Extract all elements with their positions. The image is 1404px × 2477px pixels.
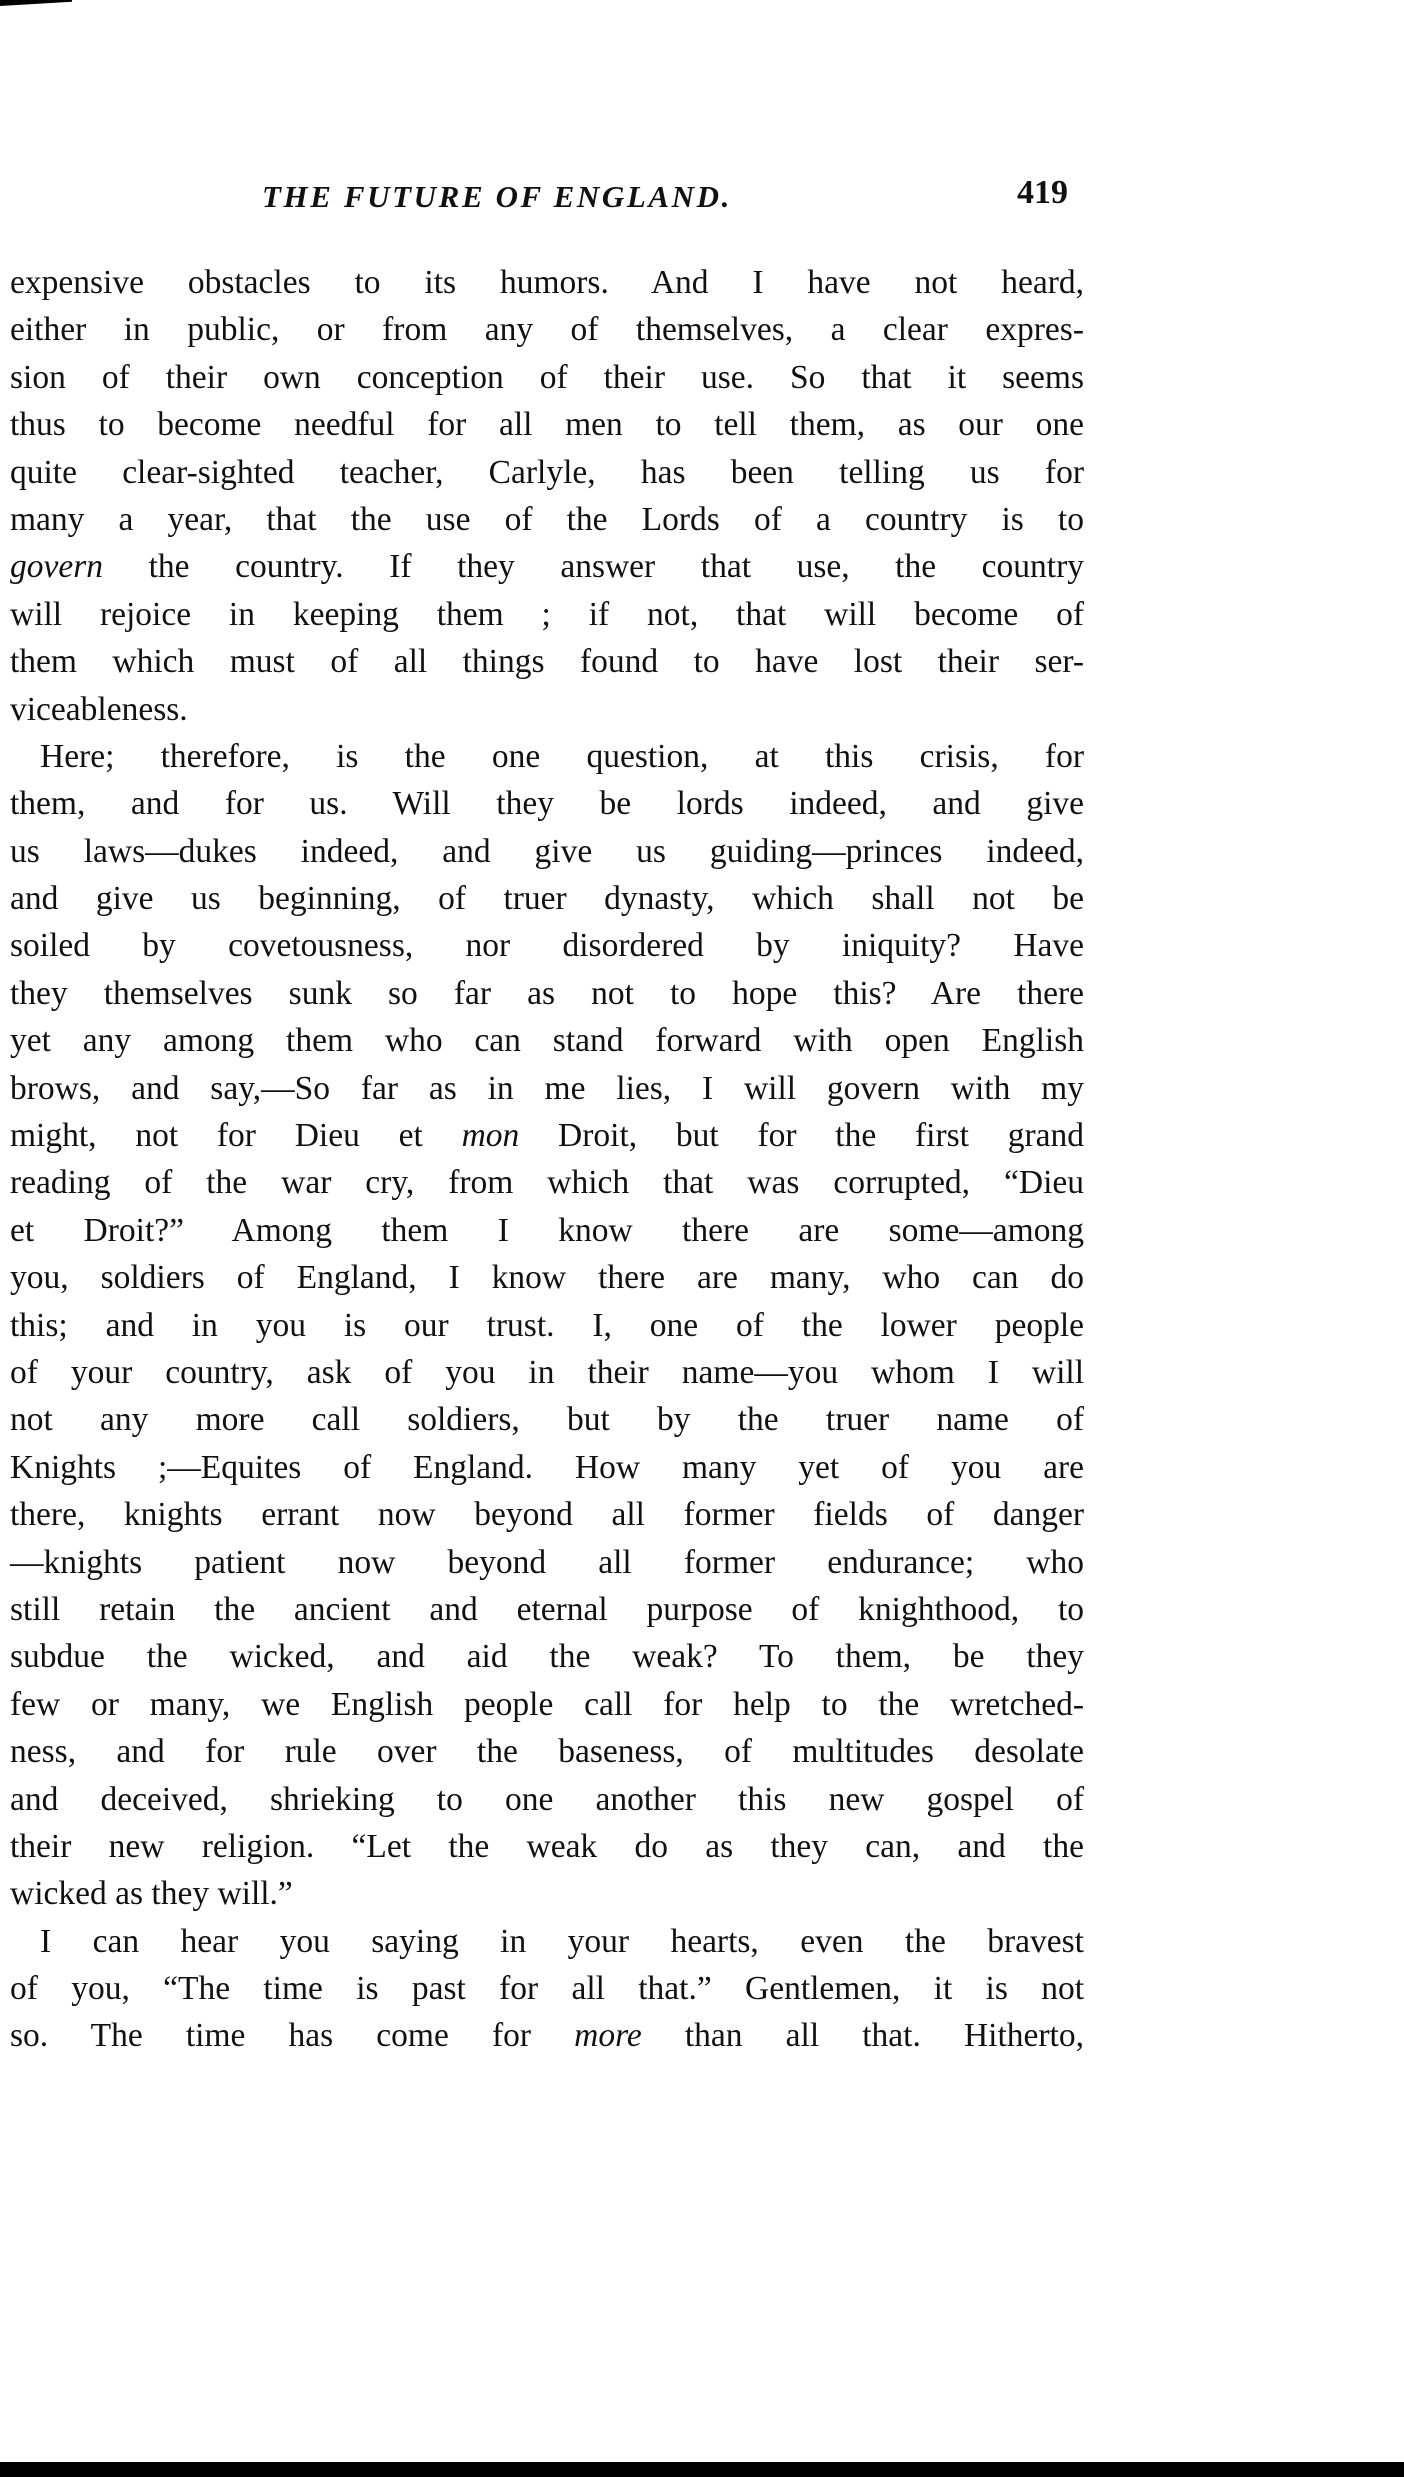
text-line: I can hear you saying in your hearts, ev… bbox=[10, 1918, 1084, 1965]
text-line: this; and in you is our trust. I, one of… bbox=[10, 1302, 1084, 1349]
text-run: than all that. Hitherto, bbox=[642, 2017, 1084, 2054]
text-line: us laws—dukes indeed, and give us guidin… bbox=[10, 828, 1084, 875]
text-line: quite clear-sighted teacher, Carlyle, ha… bbox=[10, 449, 1084, 496]
text-line: brows, and say,—So far as in me lies, I … bbox=[10, 1065, 1084, 1112]
text-line: viceableness. bbox=[10, 686, 1084, 733]
text-line: still retain the ancient and eternal pur… bbox=[10, 1586, 1084, 1633]
text-line: —knights patient now beyond all former e… bbox=[10, 1539, 1084, 1586]
text-run: so. The time has come for bbox=[10, 2017, 574, 2054]
text-line: Here; therefore, is the one question, at… bbox=[10, 733, 1084, 780]
paragraph-1: expensive obstacles to its humors. And I… bbox=[10, 259, 1084, 733]
running-title: THE FUTURE OF ENGLAND. bbox=[262, 175, 732, 219]
body-text: expensive obstacles to its humors. And I… bbox=[10, 259, 1084, 2060]
text-line: so. The time has come for more than all … bbox=[10, 2012, 1084, 2059]
text-line: might, not for Dieu et mon Droit, but fo… bbox=[10, 1112, 1084, 1159]
text-line: of your country, ask of you in their nam… bbox=[10, 1349, 1084, 1396]
text-run: Droit, but for the first grand bbox=[519, 1117, 1084, 1154]
text-line: et Droit?” Among them I know there are s… bbox=[10, 1207, 1084, 1254]
text-line: you, soldiers of England, I know there a… bbox=[10, 1254, 1084, 1301]
paragraph-3: I can hear you saying in your hearts, ev… bbox=[10, 1918, 1084, 2060]
text-line: thus to become needful for all men to te… bbox=[10, 401, 1084, 448]
text-line: not any more call soldiers, but by the t… bbox=[10, 1396, 1084, 1443]
scan-bottom-edge bbox=[0, 2462, 1404, 2477]
text-line: soiled by covetousness, nor disordered b… bbox=[10, 922, 1084, 969]
text-line: wicked as they will.” bbox=[10, 1870, 1084, 1917]
text-line: their new religion. “Let the weak do as … bbox=[10, 1823, 1084, 1870]
italic-word: govern bbox=[10, 548, 103, 585]
text-line: there, knights errant now beyond all for… bbox=[10, 1491, 1084, 1538]
text-line: and deceived, shrieking to one another t… bbox=[10, 1776, 1084, 1823]
text-line: ness, and for rule over the baseness, of… bbox=[10, 1728, 1084, 1775]
text-line: reading of the war cry, from which that … bbox=[10, 1159, 1084, 1206]
running-header: THE FUTURE OF ENGLAND. 419 bbox=[0, 175, 1404, 219]
page-number: 419 bbox=[1017, 171, 1068, 215]
text-line: of you, “The time is past for all that.”… bbox=[10, 1965, 1084, 2012]
text-line: either in public, or from any of themsel… bbox=[10, 306, 1084, 353]
text-line: will rejoice in keeping them ; if not, t… bbox=[10, 591, 1084, 638]
text-run: might, not for Dieu et bbox=[10, 1117, 462, 1154]
italic-word: more bbox=[574, 2017, 642, 2054]
text-line: them which must of all things found to h… bbox=[10, 638, 1084, 685]
text-line: they themselves sunk so far as not to ho… bbox=[10, 970, 1084, 1017]
paragraph-2: Here; therefore, is the one question, at… bbox=[10, 733, 1084, 1918]
scan-corner-mark bbox=[0, 0, 72, 6]
text-line: sion of their own conception of their us… bbox=[10, 354, 1084, 401]
text-line: many a year, that the use of the Lords o… bbox=[10, 496, 1084, 543]
text-line: expensive obstacles to its humors. And I… bbox=[10, 259, 1084, 306]
text-run: the country. If they answer that use, th… bbox=[103, 548, 1084, 585]
text-line: subdue the wicked, and aid the weak? To … bbox=[10, 1633, 1084, 1680]
text-line: yet any among them who can stand forward… bbox=[10, 1017, 1084, 1064]
text-line: and give us beginning, of truer dynasty,… bbox=[10, 875, 1084, 922]
italic-word: mon bbox=[462, 1117, 520, 1154]
text-line: govern the country. If they answer that … bbox=[10, 543, 1084, 590]
text-line: them, and for us. Will they be lords ind… bbox=[10, 780, 1084, 827]
text-line: Knights ;—Equites of England. How many y… bbox=[10, 1444, 1084, 1491]
text-line: few or many, we English people call for … bbox=[10, 1681, 1084, 1728]
